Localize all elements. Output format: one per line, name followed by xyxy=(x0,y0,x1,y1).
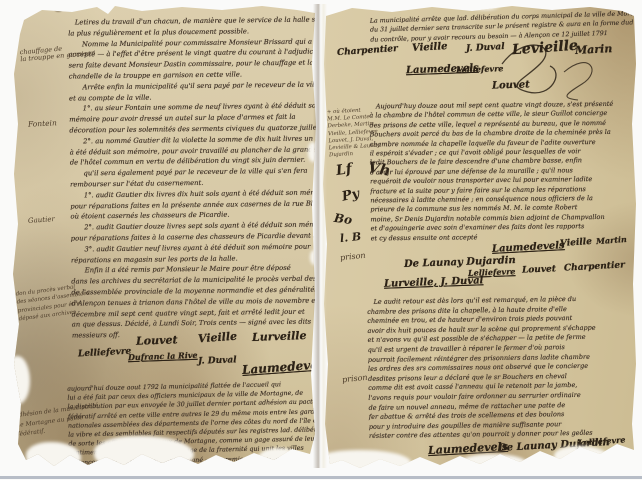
left-page: Letires du travail d'un chacun, de maniè… xyxy=(12,4,318,468)
signature: Louvet xyxy=(522,264,556,275)
signature: Lurveille xyxy=(252,329,307,344)
signature: J. Duval xyxy=(466,42,505,54)
margin-note: prison xyxy=(340,251,366,263)
signature: Laumedevels xyxy=(242,357,318,377)
signature: Louvet xyxy=(492,79,530,91)
signature: Lelliefevre xyxy=(456,63,504,75)
scanner-bar xyxy=(0,476,642,479)
signature: J. Duval xyxy=(198,355,237,366)
signature: Charpentier xyxy=(337,44,398,58)
paraphe-initial: Py xyxy=(341,186,361,204)
right-page-header: La municipalité arrête que lad. délibéra… xyxy=(370,9,635,45)
paper-tear xyxy=(258,448,302,468)
signature: Laumedevels xyxy=(492,240,565,255)
right-page: La municipalité arrête que lad. délibéra… xyxy=(322,4,638,468)
signature: Lelliefevre xyxy=(78,347,132,360)
margin-note: Fontein xyxy=(28,119,57,129)
signature: Lurveille, J. Duval xyxy=(384,275,484,289)
paper-tear xyxy=(26,442,81,468)
paper-tear xyxy=(554,446,609,468)
signature: Dufranc la Rive xyxy=(128,350,198,362)
left-page-body: Letires du travail d'un chacun, de maniè… xyxy=(68,14,318,341)
manuscript-scan: Letires du travail d'un chacun, de maniè… xyxy=(0,0,642,480)
margin-note: prison xyxy=(342,373,368,385)
page-gutter-shadow xyxy=(313,4,327,468)
right-page-paragraph-1: Aujourd'huy douze aout mil sept cent qua… xyxy=(369,100,638,244)
signature: Vieille xyxy=(560,237,593,249)
signature: Vieille xyxy=(198,330,238,346)
paraphe-initial: l. B xyxy=(339,230,361,245)
signature: Martin xyxy=(596,234,627,246)
signature: Louvet xyxy=(136,333,178,347)
paper-tear xyxy=(94,436,194,468)
paper-tear xyxy=(12,356,30,404)
signature: Marin xyxy=(575,42,613,57)
right-page-paragraph-2: Le audit retour est dès lors qu'il est r… xyxy=(367,294,637,442)
signature: Charpentier xyxy=(564,260,625,273)
paraphe-initial: Lf xyxy=(335,161,353,179)
paper-tear xyxy=(470,4,500,10)
signature: Vieille xyxy=(412,41,448,54)
paper-tear xyxy=(322,450,411,468)
paper-tear xyxy=(462,454,527,468)
ink-speck xyxy=(54,6,63,12)
paraphe-initial: Bo xyxy=(333,211,353,227)
margin-note: Gautier xyxy=(28,215,55,225)
